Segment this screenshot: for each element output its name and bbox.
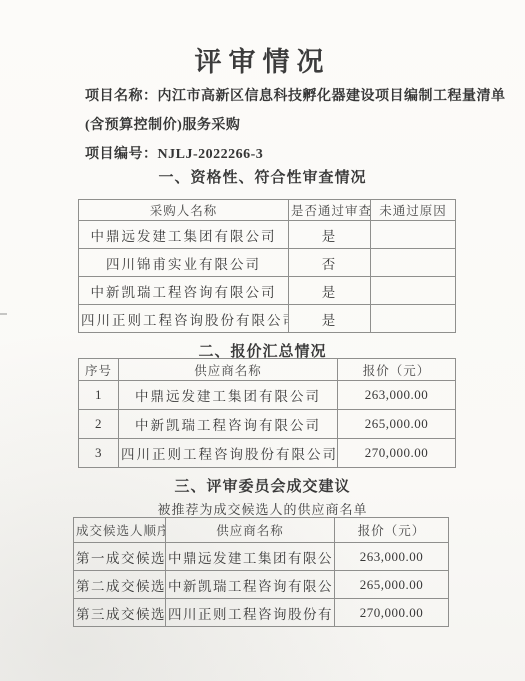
quotation-summary-table: 序号 供应商名称 报价（元） 1 中鼎远发建工集团有限公司 263,000.00… xyxy=(78,358,456,468)
serial-no-cell: 1 xyxy=(79,381,119,410)
section1-heading: 一、资格性、符合性审查情况 xyxy=(0,166,525,187)
table-row: 3 四川正则工程咨询股份有限公司 270,000.00 xyxy=(79,439,456,468)
supplier-name-cell: 四川正则工程咨询股份有限 xyxy=(166,599,335,627)
header-serial-no: 序号 xyxy=(79,359,119,381)
supplier-name-cell: 四川锦甫实业有限公司 xyxy=(79,249,289,277)
supplier-name-cell: 中新凯瑞工程咨询有限公司 xyxy=(79,277,289,305)
serial-no-cell: 3 xyxy=(79,439,119,468)
supplier-name-cell: 四川正则工程咨询股份有限公司 xyxy=(79,305,289,333)
reason-cell xyxy=(371,249,456,277)
header-quotation: 报价（元） xyxy=(335,518,449,543)
supplier-name-cell: 四川正则工程咨询股份有限公司 xyxy=(119,439,338,468)
table-row: 中新凯瑞工程咨询有限公司 是 xyxy=(79,277,456,305)
supplier-name-cell: 中鼎远发建工集团有限公司 xyxy=(119,381,338,410)
section3-subtitle: 被推荐为成交候选人的供应商名单 xyxy=(0,499,525,518)
price-cell: 270,000.00 xyxy=(338,439,456,468)
pass-cell: 是 xyxy=(289,277,371,305)
price-cell: 263,000.00 xyxy=(335,543,449,571)
scan-artifact-mark xyxy=(0,313,7,315)
supplier-name-cell: 中新凯瑞工程咨询有限公司 xyxy=(166,571,335,599)
project-name-line2: (含预算控制价)服务采购 xyxy=(85,111,477,140)
table-row: 四川锦甫实业有限公司 否 xyxy=(79,249,456,277)
table-row: 第二成交候选人 中新凯瑞工程咨询有限公司 265,000.00 xyxy=(74,571,449,599)
pass-cell: 否 xyxy=(289,249,371,277)
reason-cell xyxy=(371,277,456,305)
candidate-order-cell: 第二成交候选人 xyxy=(74,571,166,599)
header-supplier-name: 供应商名称 xyxy=(119,359,338,381)
document-title: 评审情况 xyxy=(0,40,525,79)
reason-cell xyxy=(371,305,456,333)
header-pass-review: 是否通过审查 xyxy=(289,200,371,221)
table-header-row: 成交候选人顺序 供应商名称 报价（元） xyxy=(74,518,449,543)
award-candidates-table: 成交候选人顺序 供应商名称 报价（元） 第一成交候选人 中鼎远发建工集团有限公司… xyxy=(73,517,449,627)
candidate-order-cell: 第三成交候选人 xyxy=(74,599,166,627)
qualification-review-table: 采购人名称 是否通过审查 未通过原因 中鼎远发建工集团有限公司 是 四川锦甫实业… xyxy=(78,199,456,333)
supplier-name-cell: 中鼎远发建工集团有限公司 xyxy=(166,543,335,571)
table-row: 第三成交候选人 四川正则工程咨询股份有限 270,000.00 xyxy=(74,599,449,627)
price-cell: 270,000.00 xyxy=(335,599,449,627)
supplier-name-cell: 中新凯瑞工程咨询有限公司 xyxy=(119,410,338,439)
candidate-order-cell: 第一成交候选人 xyxy=(74,543,166,571)
project-name-line1: 项目名称：内江市高新区信息科技孵化器建设项目编制工程量清单 xyxy=(85,82,477,111)
table-header-row: 采购人名称 是否通过审查 未通过原因 xyxy=(79,200,456,221)
reason-cell xyxy=(371,221,456,249)
header-quotation: 报价（元） xyxy=(338,359,456,381)
table-row: 四川正则工程咨询股份有限公司 是 xyxy=(79,305,456,333)
scanned-document-page: 评审情况 项目名称：内江市高新区信息科技孵化器建设项目编制工程量清单 (含预算控… xyxy=(0,0,525,681)
header-fail-reason: 未通过原因 xyxy=(371,200,456,221)
pass-cell: 是 xyxy=(289,221,371,249)
table-row: 中鼎远发建工集团有限公司 是 xyxy=(79,221,456,249)
table-row: 2 中新凯瑞工程咨询有限公司 265,000.00 xyxy=(79,410,456,439)
table-row: 1 中鼎远发建工集团有限公司 263,000.00 xyxy=(79,381,456,410)
price-cell: 263,000.00 xyxy=(338,381,456,410)
section3-heading: 三、评审委员会成交建议 xyxy=(0,475,525,496)
header-candidate-order: 成交候选人顺序 xyxy=(74,518,166,543)
header-purchaser-name: 采购人名称 xyxy=(79,200,289,221)
serial-no-cell: 2 xyxy=(79,410,119,439)
pass-cell: 是 xyxy=(289,305,371,333)
price-cell: 265,000.00 xyxy=(338,410,456,439)
supplier-name-cell: 中鼎远发建工集团有限公司 xyxy=(79,221,289,249)
price-cell: 265,000.00 xyxy=(335,571,449,599)
project-info-block: 项目名称：内江市高新区信息科技孵化器建设项目编制工程量清单 (含预算控制价)服务… xyxy=(85,82,477,169)
table-row: 第一成交候选人 中鼎远发建工集团有限公司 263,000.00 xyxy=(74,543,449,571)
table-header-row: 序号 供应商名称 报价（元） xyxy=(79,359,456,381)
project-number-line: 项目编号：NJLJ-2022266-3 xyxy=(85,140,477,169)
header-supplier-name: 供应商名称 xyxy=(166,518,335,543)
